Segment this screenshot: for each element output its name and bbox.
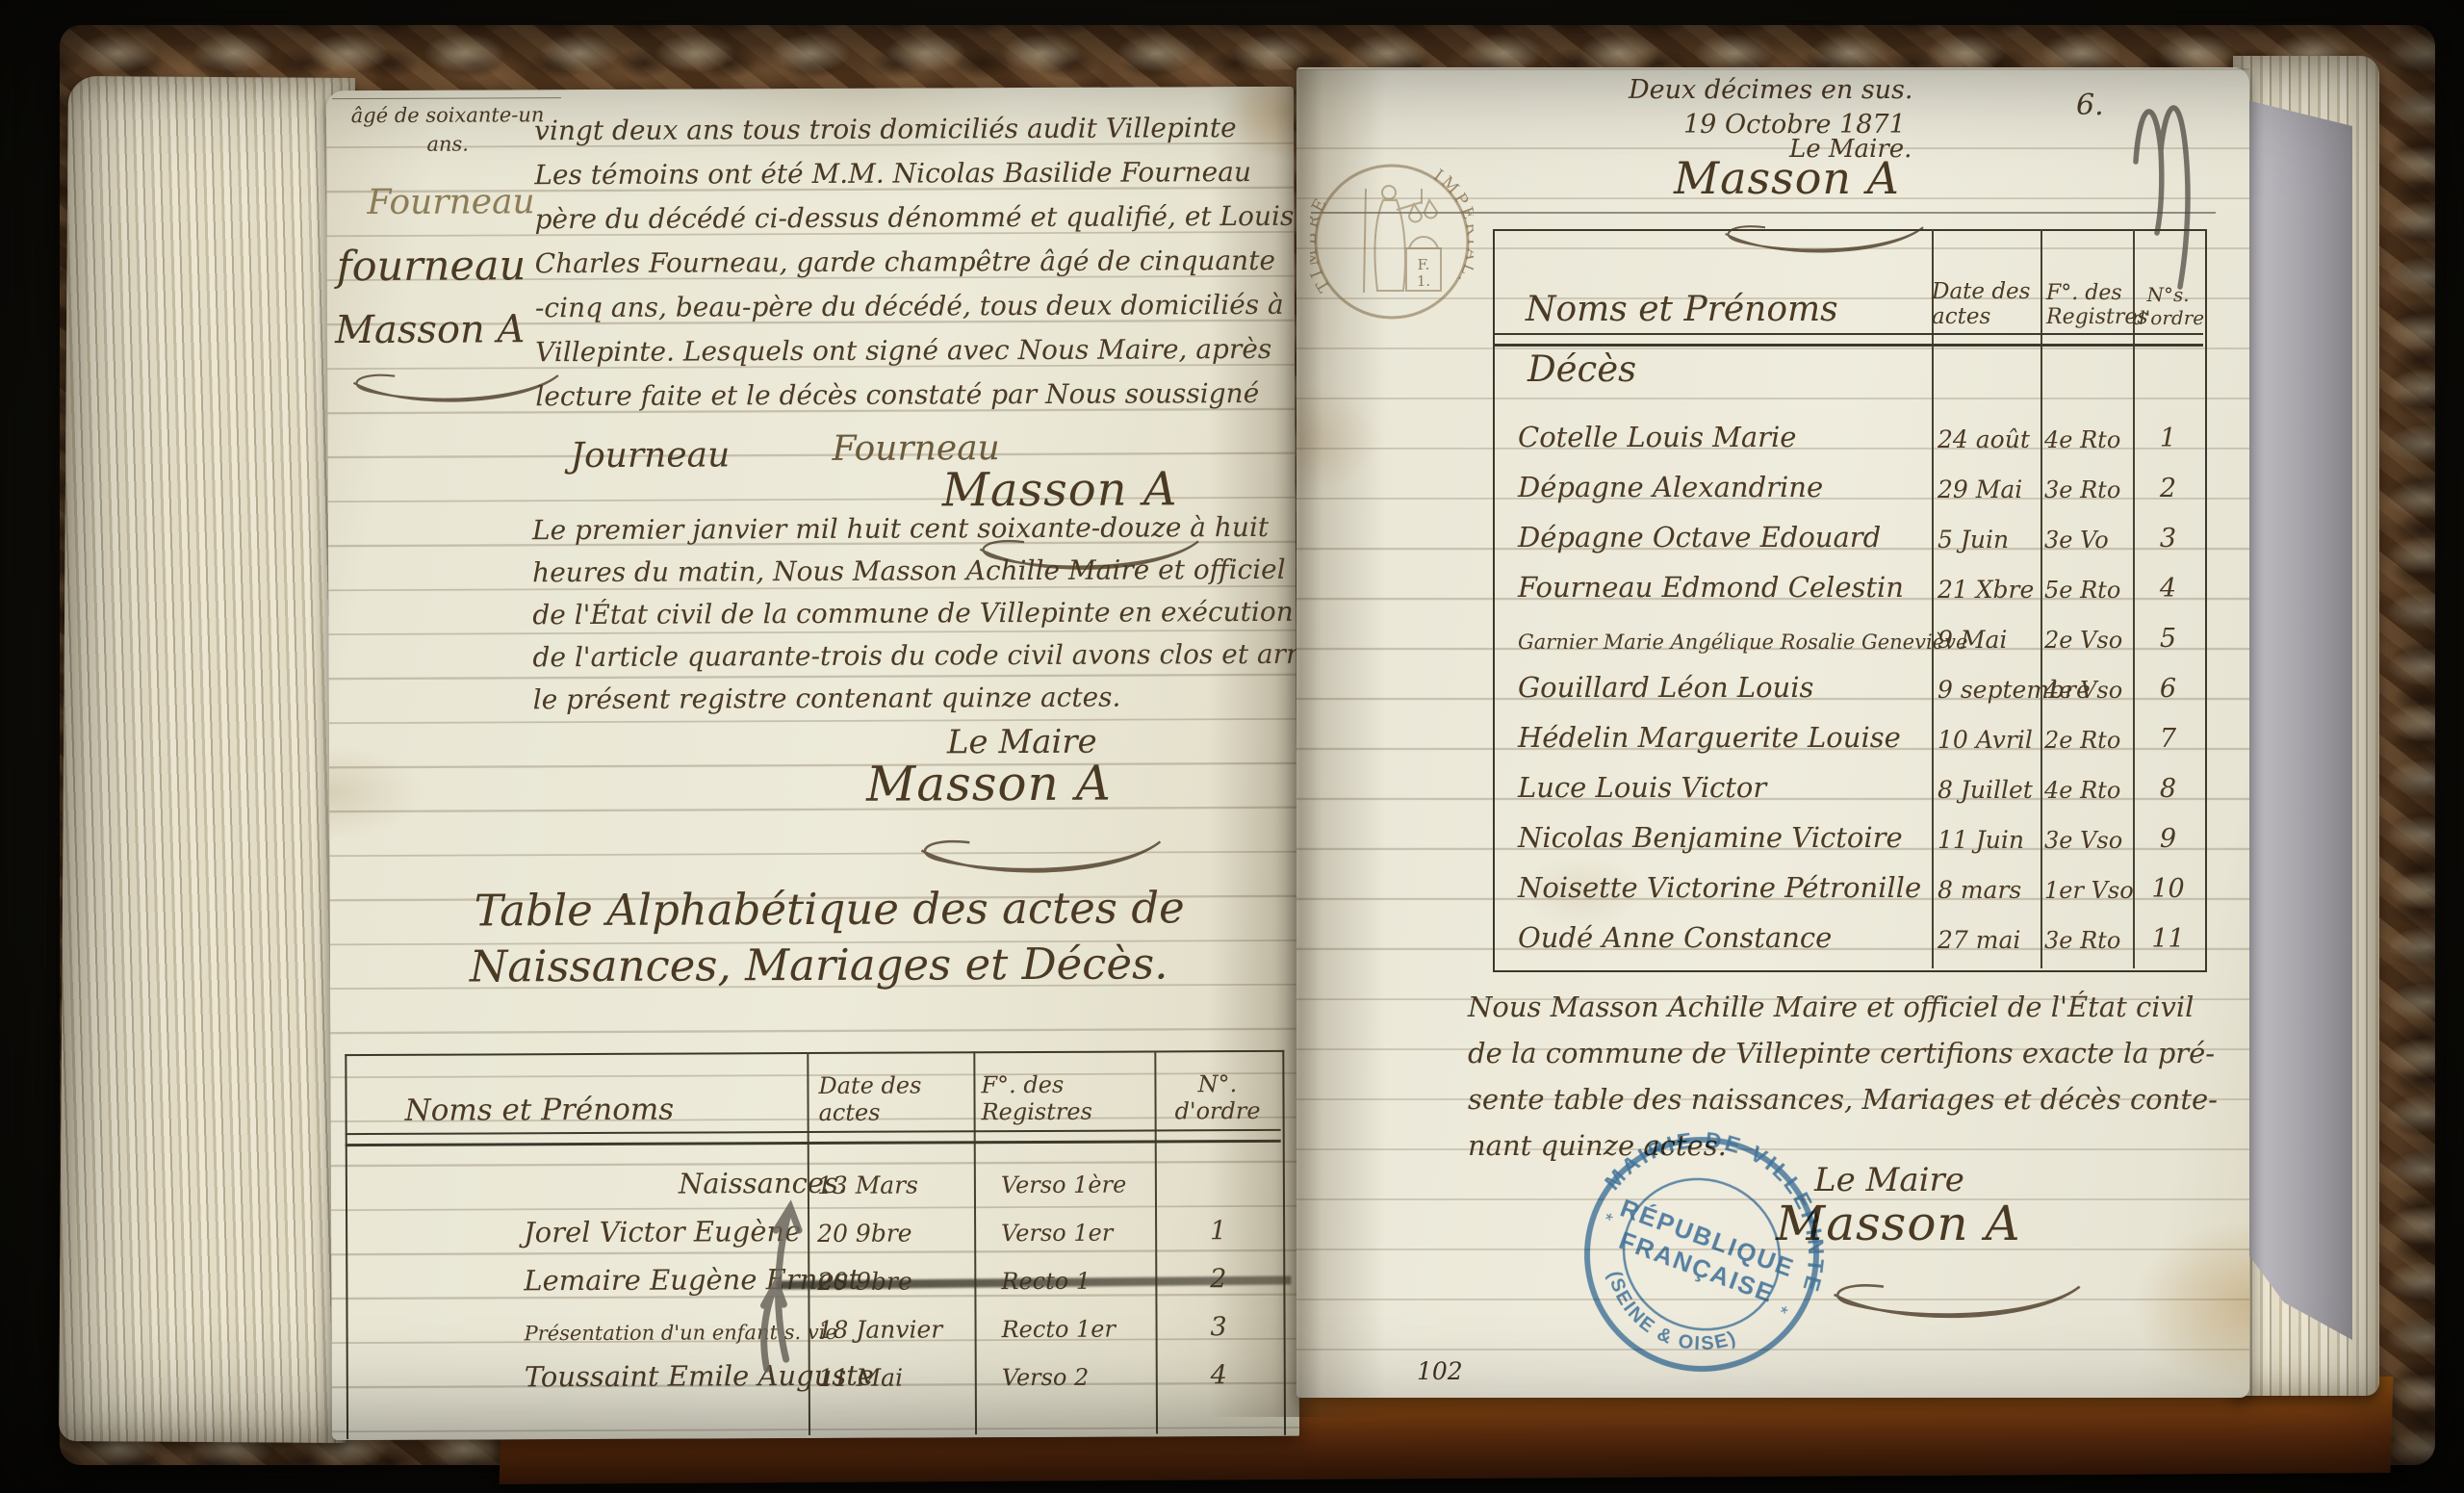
table-row: Présentation d'un enfant s. vie18 Janvie…: [346, 1298, 1281, 1350]
cell-folio: Verso 1ère: [974, 1171, 1155, 1202]
page-number: 102: [1417, 1357, 1463, 1385]
cell-date: 24 août: [1932, 425, 2040, 457]
handwritten-line: Charles Fourneau, garde champêtre âgé de…: [535, 239, 1295, 286]
cell-name: Gouillard Léon Louis: [1493, 671, 1932, 708]
cell-name: Hédelin Marguerite Louise: [1493, 721, 1932, 758]
cell-date: 13 Mars: [808, 1171, 974, 1203]
right-page: Deux décimes en sus. 19 Octobre 1871 Le …: [1296, 67, 2249, 1398]
cell-name: Garnier Marie Angélique Rosalie Genevièv…: [1493, 631, 1932, 657]
cell-date: 27 mai: [1932, 926, 2040, 958]
cell-date: 20 9bre: [808, 1267, 974, 1300]
section-deces: Décès: [1527, 348, 1636, 390]
births-table-header: Noms et Prénoms Date des actes F°. des R…: [345, 1057, 1280, 1128]
cell-date: 8 Juillet: [1932, 776, 2040, 808]
cell-name: Jorel Victor Eugène: [346, 1215, 808, 1253]
cell-name: Noisette Victorine Pétronille: [1493, 871, 1932, 908]
margin-note-rule: [332, 97, 561, 99]
cell-folio: 3e Rto: [2040, 927, 2133, 958]
table-row: Toussaint Emile Auguste11 MaiVerso 24: [346, 1346, 1282, 1398]
deaths-table-rows: Cotelle Louis Marie24 août4e Rto1Dépagne…: [1493, 407, 2203, 958]
table-row: Luce Louis Victor8 Juillet4e Rto8: [1493, 758, 2203, 808]
table-row: Gouillard Léon Louis9 septembre4e Vso6: [1493, 657, 2203, 708]
handwritten-line: lecture faite et le décès constaté par N…: [535, 372, 1295, 419]
register-closing-text: Le premier janvier mil huit cent soixant…: [532, 506, 1342, 722]
cell-folio: Recto 1: [974, 1267, 1155, 1299]
table-row: Garnier Marie Angélique Rosalie Genevièv…: [1493, 607, 2203, 657]
table-row: Cotelle Louis Marie24 août4e Rto1: [1493, 407, 2203, 457]
cell-name: Oudé Anne Constance: [1493, 921, 1932, 958]
cell-folio: 4e Rto: [2040, 426, 2133, 457]
cell-folio: 3e Vso: [2040, 827, 2133, 858]
cell-ordre: 2: [2133, 474, 2203, 507]
cell-ordre: 11: [2133, 924, 2203, 958]
stamp-star-right: *: [1774, 1302, 1790, 1325]
cell-ordre: 4: [1156, 1360, 1282, 1395]
stamp-text-timbre: TIMBRE: [1310, 193, 1335, 296]
table-row: Naissances.13 MarsVerso 1ère: [346, 1153, 1281, 1205]
header-folio: F°. des Registres: [2040, 281, 2133, 329]
cell-ordre: 6: [2133, 674, 2203, 708]
embossed-timbre-imperial-stamp: TIMBRE IMPERIAL. F. 1.: [1310, 160, 1474, 323]
handwritten-line: Villepinte. Lesquels ont signé avec Nous…: [535, 327, 1295, 374]
stamp-text-imperial: IMPERIAL.: [1429, 166, 1474, 289]
table-row: Lemaire Eugène Ernest20 9breRecto 12: [346, 1249, 1281, 1301]
cell-ordre: 3: [2133, 524, 2203, 557]
cell-folio: 4e Rto: [2040, 777, 2133, 808]
cell-name: Luce Louis Victor: [1493, 771, 1932, 808]
header-noms: Noms et Prénoms: [1493, 290, 1932, 329]
handwritten-line: de la commune de Villepinte certifions e…: [1468, 1030, 2218, 1076]
margin-signature-fourneau-2: fourneau: [337, 242, 526, 291]
cell-name: Lemaire Eugène Ernest: [346, 1263, 808, 1301]
table-row: Nicolas Benjamine Victoire11 Juin3e Vso9: [1493, 808, 2203, 858]
book-photo: âgé de soixante-un ans. Fourneau fournea…: [0, 0, 2464, 1493]
death-act-text: vingt deux ans tous trois domiciliés aud…: [534, 106, 1295, 419]
handwritten-line: père du décédé ci-dessus dénommé et qual…: [534, 194, 1294, 242]
table-row: Dépagne Octave Edouard5 Juin3e Vo3: [1493, 507, 2203, 557]
cell-folio: 3e Vo: [2040, 527, 2133, 557]
cell-ordre: 7: [2133, 724, 2203, 758]
table-row: Hédelin Marguerite Louise10 Avril2e Rto7: [1493, 708, 2203, 758]
cell-date: 29 Mai: [1932, 476, 2040, 507]
cell-folio: 2e Rto: [2040, 727, 2133, 758]
page-stack-left-edges: [59, 76, 355, 1443]
cell-folio: 5e Rto: [2040, 577, 2133, 607]
cell-date: 21 Xbre: [1932, 576, 2040, 607]
cell-ordre: 1: [2133, 424, 2203, 457]
left-page: âgé de soixante-un ans. Fourneau fournea…: [326, 87, 1299, 1440]
table-title-line2: Naissances, Mariages et Décès.: [470, 938, 1168, 991]
cell-folio: 2e Vso: [2040, 627, 2133, 657]
handwritten-line: de l'article quarante-trois du code civi…: [532, 633, 1341, 680]
header-mayor-signature: Masson A: [1674, 152, 1900, 204]
handwritten-line: Le premier janvier mil huit cent soixant…: [532, 506, 1341, 553]
cell-date: 11 Mai: [808, 1363, 975, 1396]
table-row: Oudé Anne Constance27 mai3e Rto11: [1493, 908, 2203, 958]
table-title-line1: Table Alphabétique des actes de: [475, 882, 1185, 936]
cell-ordre: 8: [2133, 774, 2203, 808]
handwritten-line: Nous Masson Achille Maire et officiel de…: [1468, 984, 2218, 1030]
header-ordre: N°s. d'ordre: [2133, 283, 2203, 329]
cell-folio: 3e Rto: [2040, 476, 2133, 507]
header-folio: F°. des Registres: [973, 1070, 1154, 1125]
closing-signature: Masson A: [866, 756, 1112, 812]
table-row: Noisette Victorine Pétronille8 mars1er V…: [1493, 858, 2203, 908]
births-table-rows: Naissances.13 MarsVerso 1èreJorel Victor…: [346, 1153, 1282, 1398]
header-date: Date des actes: [1932, 279, 2040, 329]
stamp-star-left: *: [1599, 1209, 1615, 1231]
cell-name: Cotelle Louis Marie: [1493, 421, 1932, 457]
cell-name: Fourneau Edmond Celestin: [1493, 571, 1932, 607]
header-noms: Noms et Prénoms: [345, 1092, 807, 1128]
cell-date: 11 Juin: [1932, 826, 2040, 858]
cell-ordre: 1: [1155, 1216, 1281, 1250]
handwritten-line: de l'État civil de la commune de Villepi…: [532, 591, 1341, 637]
margin-note-line1: âgé de soixante-un: [326, 103, 569, 127]
cell-ordre: 4: [2133, 574, 2203, 607]
header-ordre: N°. d'ordre: [1154, 1070, 1280, 1125]
cell-name: Toussaint Emile Auguste: [346, 1359, 808, 1398]
cell-ordre: 9: [2133, 824, 2203, 858]
cell-ordre: 10: [2133, 874, 2203, 908]
stamp-value-1: 1.: [1417, 272, 1430, 290]
cell-date: 9 septembre: [1932, 676, 2040, 708]
cell-name: Dépagne Alexandrine: [1493, 471, 1932, 507]
tax-annotation: Deux décimes en sus.: [1629, 75, 1913, 105]
handwritten-line: le présent registre contenant quinze act…: [533, 676, 1342, 722]
table-header-underline: [1493, 333, 2203, 347]
witness-signature-journeau: Journeau: [571, 435, 731, 476]
table-row: Fourneau Edmond Celestin21 Xbre5e Rto4: [1493, 557, 2203, 607]
cell-date: 10 Avril: [1932, 726, 2040, 758]
certification-text: Nous Masson Achille Maire et officiel de…: [1468, 984, 2218, 1169]
cell-folio: Recto 1er: [975, 1315, 1156, 1347]
cell-date: 20 9bre: [808, 1219, 974, 1251]
cell-date: 9 Mai: [1932, 626, 2040, 657]
cell-name: Présentation d'un enfant s. vie: [346, 1321, 808, 1350]
margin-signature-fourneau-1: Fourneau: [367, 182, 534, 222]
cell-ordre: 3: [1155, 1312, 1281, 1347]
cell-name: Naissances.: [346, 1167, 808, 1205]
handwritten-line: Les témoins ont été M.M. Nicolas Basilid…: [534, 150, 1294, 197]
folio-mark: 6.: [2076, 89, 2104, 122]
handwritten-line: sente table des naissances, Mariages et …: [1468, 1076, 2218, 1122]
svg-text:IMPERIAL.: IMPERIAL.: [1429, 166, 1474, 289]
cell-date: 5 Juin: [1932, 526, 2040, 557]
cell-date: 18 Janvier: [808, 1315, 975, 1348]
cell-folio: Verso 2: [975, 1363, 1156, 1395]
cell-date: 8 mars: [1932, 876, 2040, 908]
margin-note-line2: ans.: [326, 132, 569, 156]
signature-flourish: [854, 820, 1219, 889]
header-date: Date des actes: [807, 1071, 973, 1126]
stamp-value-f: F.: [1418, 256, 1430, 273]
cell-ordre: 5: [2133, 624, 2203, 657]
cell-name: Dépagne Octave Edouard: [1493, 521, 1932, 557]
cell-name: Nicolas Benjamine Victoire: [1493, 821, 1932, 858]
cell-folio: 4e Vso: [2040, 677, 2133, 708]
handwritten-line: -cinq ans, beau-père du décédé, tous deu…: [535, 283, 1295, 330]
cell-folio: Verso 1er: [974, 1219, 1155, 1250]
handwritten-line: vingt deux ans tous trois domiciliés aud…: [534, 106, 1294, 153]
handwritten-line: heures du matin, Nous Masson Achille Mai…: [532, 549, 1341, 595]
table-row: Dépagne Alexandrine29 Mai3e Rto2: [1493, 457, 2203, 507]
deaths-table-header: Noms et Prénoms Date des actes F°. des R…: [1493, 233, 2203, 329]
cell-ordre: 2: [1155, 1264, 1281, 1299]
margin-signature-masson: Masson A: [335, 307, 526, 352]
svg-text:TIMBRE: TIMBRE: [1310, 193, 1335, 296]
cell-folio: 1er Vso: [2040, 877, 2133, 908]
table-row: Jorel Victor Eugène20 9breVerso 1er1: [346, 1201, 1281, 1253]
